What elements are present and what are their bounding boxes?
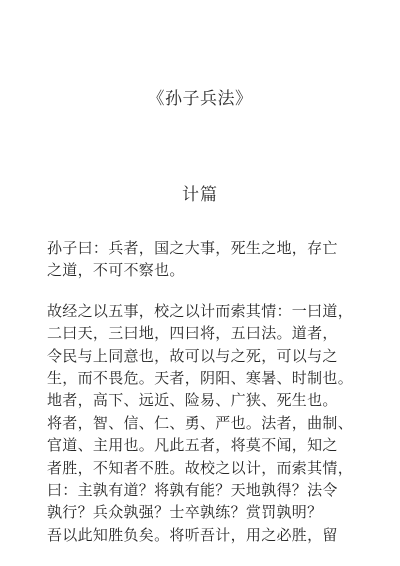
- body-text: 孙子曰：兵者，国之大事，死生之地，存亡之道，不可不察也。故经之以五事，校之以计而…: [47, 238, 372, 565]
- document-page: 《孙子兵法》 计篇 孙子曰：兵者，国之大事，死生之地，存亡之道，不可不察也。故经…: [0, 0, 400, 566]
- text-line: 故经之以五事，校之以计而索其情：一曰道，: [47, 301, 372, 323]
- text-line: 令民与上同意也，故可以与之死，可以与之: [47, 346, 372, 368]
- text-line: 孰行？兵众孰强？士卒孰练？赏罚孰明？: [47, 502, 372, 524]
- text-line: 地者，高下、远近、险易、广狭、死生也。: [47, 390, 372, 412]
- text-line: 二曰天，三曰地，四曰将，五曰法。道者，: [47, 323, 372, 345]
- chapter-heading: 计篇: [0, 180, 400, 205]
- document-title: 《孙子兵法》: [0, 84, 400, 109]
- text-line: 曰：主孰有道？将孰有能？天地孰得？法令: [47, 480, 372, 502]
- text-line: 官道、主用也。凡此五者，将莫不闻，知之: [47, 435, 372, 457]
- text-line: 孙子曰：兵者，国之大事，死生之地，存亡: [47, 238, 372, 260]
- text-line: 吾以此知胜负矣。将听吾计，用之必胜，留: [47, 525, 372, 547]
- text-line: 者胜，不知者不胜。故校之以计，而索其情，: [47, 458, 372, 480]
- paragraph: 故经之以五事，校之以计而索其情：一曰道，二曰天，三曰地，四曰将，五曰法。道者，令…: [47, 301, 372, 547]
- text-line: 之道，不可不察也。: [47, 260, 372, 282]
- text-line: 将者，智、信、仁、勇、严也。法者，曲制、: [47, 413, 372, 435]
- text-line: 生，而不畏危。天者，阴阳、寒暑、时制也。: [47, 368, 372, 390]
- paragraph: 孙子曰：兵者，国之大事，死生之地，存亡之道，不可不察也。: [47, 238, 372, 283]
